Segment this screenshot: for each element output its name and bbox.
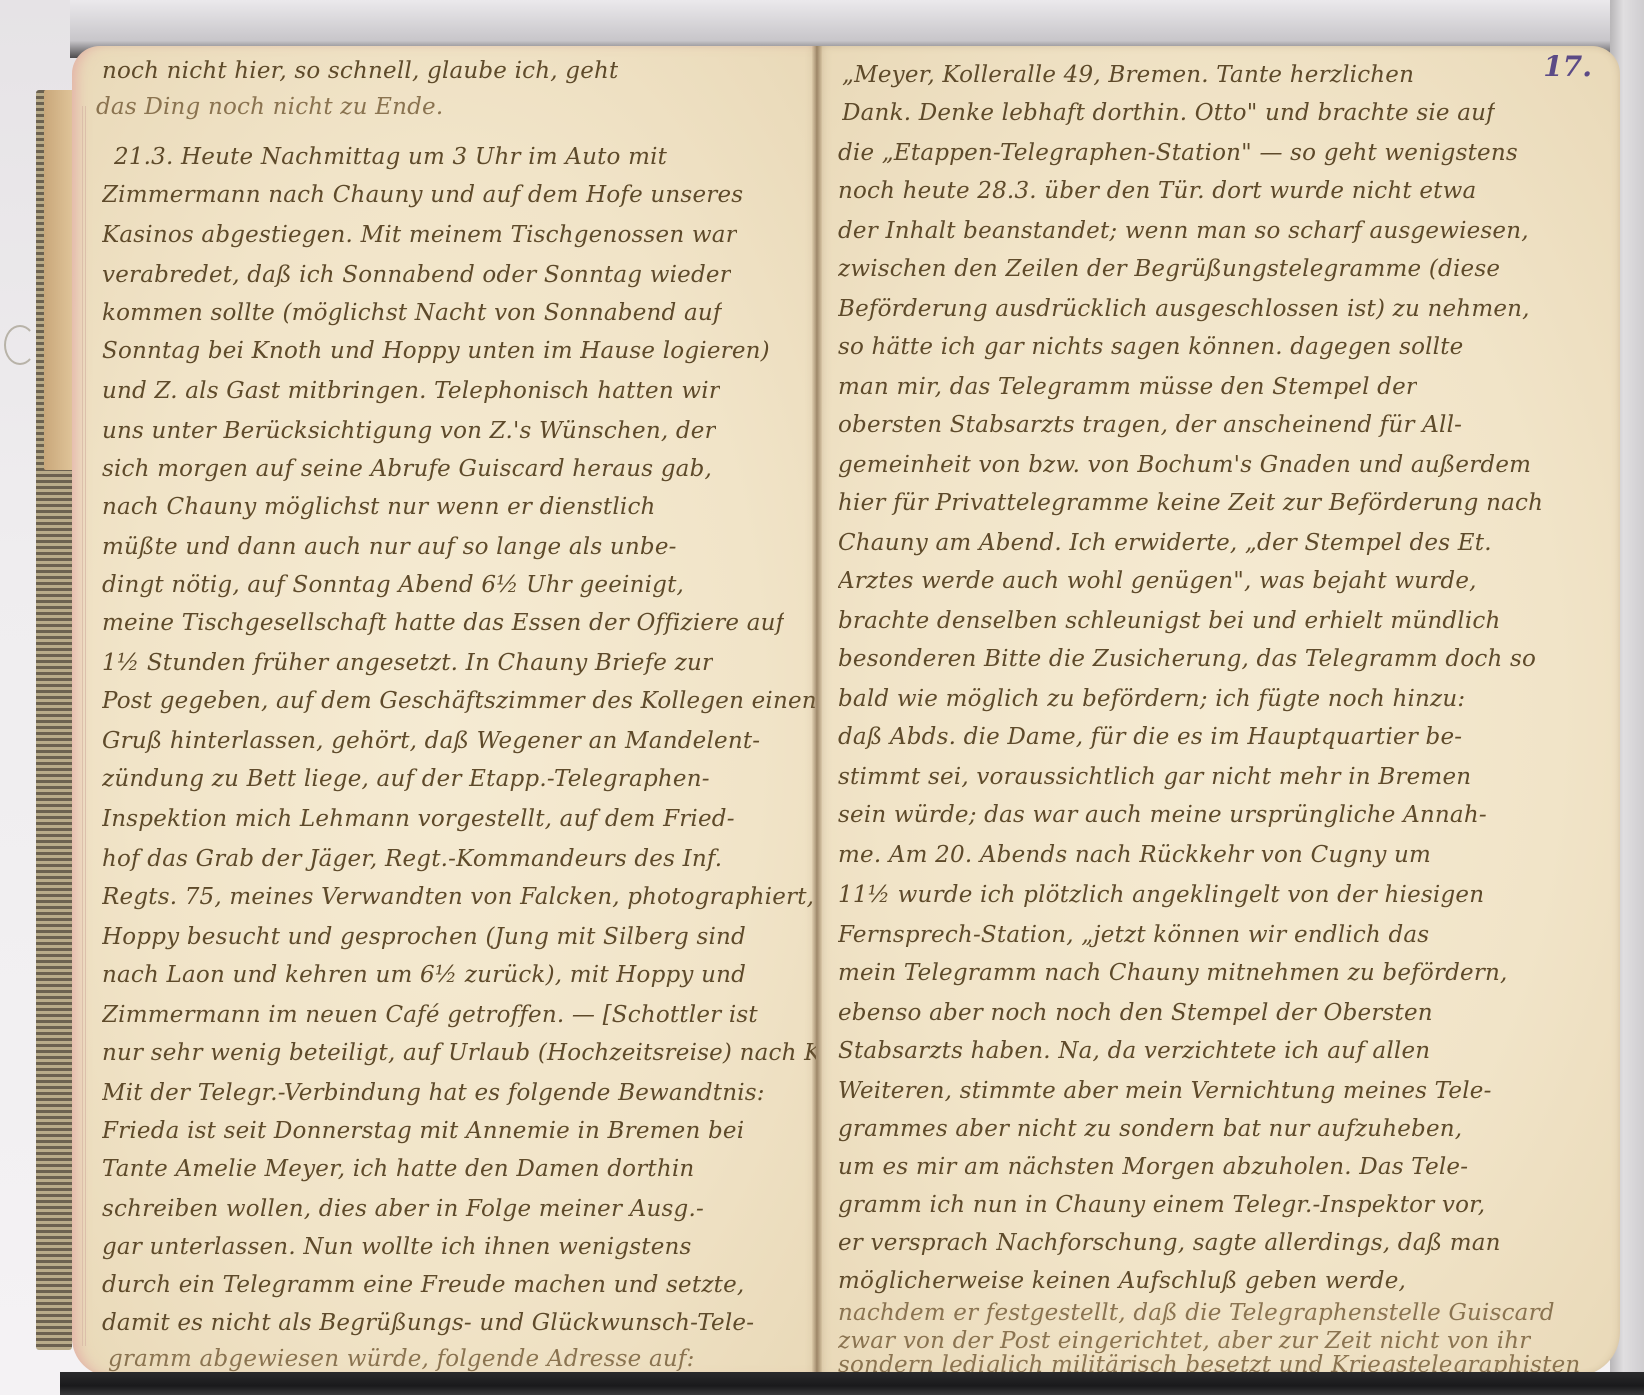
left-line-7: kommen sollte (möglichst Nacht von Sonna… (102, 300, 722, 326)
right-line-15: brachte denselben schleunigst bei und er… (838, 608, 1501, 634)
left-line-12: nach Chauny möglichst nur wenn er dienst… (102, 494, 656, 520)
left-line-18: Gruß hinterlassen, gehört, daß Wegener a… (102, 728, 760, 754)
scanner-bottom-edge (60, 1372, 1644, 1395)
left-line-22: Regts. 75, meines Verwandten von Falcken… (102, 884, 814, 910)
right-line-20: sein würde; das war auch meine ursprüngl… (838, 802, 1487, 828)
right-line-25: ebenso aber noch noch den Stempel der Ob… (838, 1000, 1433, 1026)
right-page: 17. „Meyer, Kolleralle 49, Bremen. Tante… (816, 46, 1620, 1376)
right-line-8: so hätte ich gar nichts sagen können. da… (838, 334, 1464, 360)
left-line-3-date-entry: 21.3. Heute Nachmittag um 3 Uhr im Auto … (114, 144, 667, 170)
left-line-1: noch nicht hier, so schnell, glaube ich,… (102, 58, 618, 84)
right-line-10: obersten Stabsarzts tragen, der anschein… (838, 412, 1462, 438)
left-line-10: uns unter Berücksichtigung von Z.'s Wüns… (102, 418, 716, 444)
right-line-32: möglicherweise keinen Aufschluß geben we… (838, 1268, 1406, 1294)
left-line-11: sich morgen auf seine Abrufe Guiscard he… (102, 456, 712, 482)
left-line-23: Hoppy besucht und gesprochen (Jung mit S… (102, 924, 746, 950)
right-line-14: Arztes werde auch wohl genügen", was bej… (838, 568, 1477, 594)
left-line-9: und Z. als Gast mitbringen. Telephonisch… (102, 378, 720, 404)
right-line-2: Dank. Denke lebhaft dorthin. Otto" und b… (842, 100, 1495, 126)
right-line-29: um es mir am nächsten Morgen abzuholen. … (838, 1154, 1468, 1180)
right-line-11: gemeinheit von bzw. von Bochum's Gnaden … (838, 452, 1531, 478)
left-line-20: Inspektion mich Lehmann vorgestellt, auf… (102, 806, 735, 832)
book-gutter (812, 46, 822, 1372)
right-line-27: Weiteren, stimmte aber mein Vernichtung … (838, 1078, 1492, 1104)
left-line-33: damit es nicht als Begrüßungs- und Glück… (102, 1310, 754, 1336)
left-line-29: Tante Amelie Meyer, ich hatte den Damen … (102, 1156, 694, 1182)
right-line-12: hier für Privattelegramme keine Zeit zur… (838, 490, 1543, 516)
left-line-34: gramm abgewiesen würde, folgende Adresse… (108, 1346, 695, 1372)
left-line-14: dingt nötig, auf Sonntag Abend 6½ Uhr ge… (102, 572, 684, 598)
left-line-28: Frieda ist seit Donnerstag mit Annemie i… (102, 1118, 744, 1144)
left-line-26: nur sehr wenig beteiligt, auf Urlaub (Ho… (102, 1040, 874, 1066)
right-line-26: Stabsarzts haben. Na, da verzichtete ich… (838, 1038, 1430, 1064)
right-line-17: bald wie möglich zu befördern; ich fügte… (838, 686, 1465, 712)
left-line-16: 1½ Stunden früher angesetzt. In Chauny B… (102, 650, 713, 676)
left-line-4: Zimmermann nach Chauny und auf dem Hofe … (102, 182, 743, 208)
left-line-27: Mit der Telegr.-Verbindung hat es folgen… (102, 1080, 765, 1106)
left-line-25: Zimmermann im neuen Café getroffen. — [S… (102, 1002, 758, 1028)
right-line-4: noch heute 28.3. über den Tür. dort wurd… (838, 178, 1476, 204)
left-line-15: meine Tischgesellschaft hatte das Essen … (102, 610, 784, 636)
right-line-1: „Meyer, Kolleralle 49, Bremen. Tante her… (842, 62, 1414, 88)
left-line-32: durch ein Telegramm eine Freude machen u… (102, 1272, 744, 1298)
left-line-6: verabredet, daß ich Sonnabend oder Sonnt… (102, 262, 731, 288)
right-line-23: Fernsprech-Station, „jetzt können wir en… (838, 922, 1429, 948)
right-line-18: daß Abds. die Dame, für die es im Hauptq… (838, 724, 1462, 750)
right-line-7: Beförderung ausdrücklich ausgeschlossen … (838, 296, 1530, 322)
right-line-13: Chauny am Abend. Ich erwiderte, „der Ste… (838, 530, 1492, 556)
left-page-text: noch nicht hier, so schnell, glaube ich,… (72, 46, 816, 1376)
left-line-17: Post gegeben, auf dem Geschäftszimmer de… (102, 688, 817, 714)
right-line-22: 11½ wurde ich plötzlich angeklingelt von… (838, 882, 1484, 908)
right-line-5: der Inhalt beanstandet; wenn man so scha… (838, 218, 1529, 244)
right-line-28: grammes aber nicht zu sondern bat nur au… (838, 1116, 1462, 1142)
right-line-33: nachdem er festgestellt, daß die Telegra… (838, 1300, 1555, 1326)
left-line-21: hof das Grab der Jäger, Regt.-Kommandeur… (102, 846, 722, 872)
book-spine-band (44, 90, 74, 470)
right-line-30: gramm ich nun in Chauny einem Telegr.-In… (838, 1192, 1485, 1218)
right-line-19: stimmt sei, voraussichtlich gar nicht me… (838, 764, 1471, 790)
left-line-31: gar unterlassen. Nun wollte ich ihnen we… (102, 1234, 692, 1260)
right-line-24: mein Telegramm nach Chauny mitnehmen zu … (838, 960, 1508, 986)
left-line-2: das Ding noch nicht zu Ende. (96, 94, 443, 120)
right-line-16: besonderen Bitte die Zusicherung, das Te… (838, 646, 1536, 672)
right-line-3: die „Etappen-Telegraphen-Station" — so g… (838, 140, 1518, 166)
loose-thread (4, 325, 36, 365)
left-line-5: Kasinos abgestiegen. Mit meinem Tischgen… (102, 222, 737, 248)
right-page-text: „Meyer, Kolleralle 49, Bremen. Tante her… (816, 46, 1620, 1376)
left-line-13: müßte und dann auch nur auf so lange als… (102, 534, 677, 560)
right-line-21: me. Am 20. Abends nach Rückkehr von Cugn… (838, 842, 1431, 868)
right-line-31: er versprach Nachforschung, sagte allerd… (838, 1230, 1501, 1256)
right-line-9: man mir, das Telegramm müsse den Stempel… (838, 374, 1417, 400)
left-page: noch nicht hier, so schnell, glaube ich,… (72, 46, 816, 1376)
left-line-19: zündung zu Bett liege, auf der Etapp.-Te… (102, 766, 710, 792)
right-line-34: zwar von der Post eingerichtet, aber zur… (838, 1328, 1531, 1354)
left-line-8: Sonntag bei Knoth und Hoppy unten im Hau… (102, 338, 770, 364)
left-line-24: nach Laon und kehren um 6½ zurück), mit … (102, 962, 746, 988)
left-line-30: schreiben wollen, dies aber in Folge mei… (102, 1196, 704, 1222)
right-line-6: zwischen den Zeilen der Begrüßungstelegr… (838, 256, 1500, 282)
